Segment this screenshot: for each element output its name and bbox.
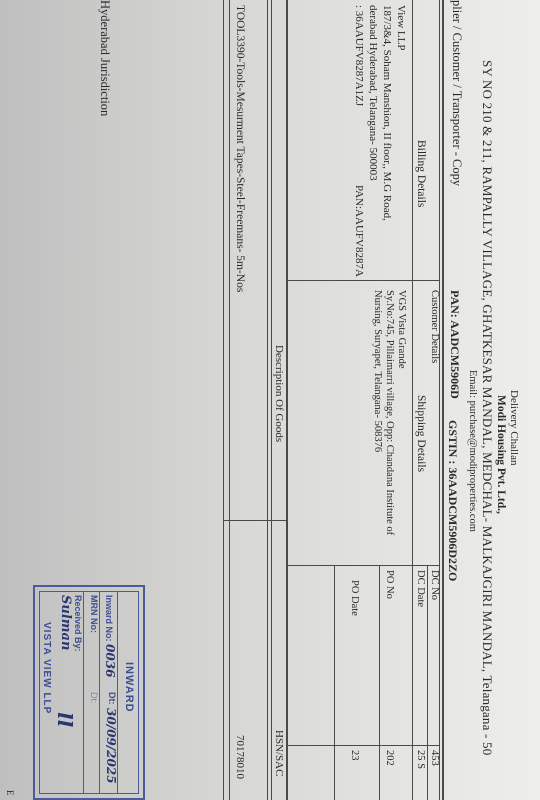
dc-no-label: DC No — [429, 570, 440, 600]
po-date-label: PO Date — [349, 580, 360, 616]
delivery-challan-page: Delivery Challan Modi Housing Pvt. Ltd.,… — [0, 0, 540, 800]
inward-no-label: Inward No: — [104, 595, 114, 642]
jurisdiction-note: Hyderabad Jurisdiction — [97, 0, 112, 116]
shipping-line: Nursing, Suryapet, Telangana- 508376 — [372, 290, 383, 452]
inward-date-value: 30/09/2025 — [104, 708, 118, 784]
dc-date-label: DC Date — [415, 570, 426, 607]
inward-no-value: 0036 — [103, 644, 117, 677]
edge-text: E — [5, 790, 15, 796]
stamp-title: INWARD — [123, 662, 135, 713]
inward-stamp: INWARD Inward No: 0036 Dt: 30/09/2025 MR… — [33, 585, 145, 800]
shipping-line: Sy.No:745, Pillaimarri village, Opp: Cha… — [384, 290, 395, 535]
copy-label: plier / Customer / Transporter - Copy — [449, 0, 464, 186]
customer-details-label: Customer Details — [429, 290, 440, 363]
company-email: Email: purchase@modiproperties.com — [467, 370, 478, 532]
received-by-value: Sulman — [58, 595, 73, 650]
shipping-details-label: Shipping Details — [415, 395, 427, 472]
stamp-footer: VISTA VIEW LLP — [41, 622, 52, 714]
company-name: Modi Housing Pvt. Ltd., — [495, 395, 507, 514]
billing-details-label: Billing Details — [415, 140, 427, 207]
item-description: TOOL3390-Tools-Mesurment Tapes-Steel-Fre… — [234, 5, 246, 292]
billing-gstin: : 36AAUFV8287A1ZJ — [353, 5, 365, 106]
inward-date-label: Dt: — [107, 692, 117, 705]
billing-line: View LLP — [395, 5, 407, 50]
po-no-value: 202 — [384, 750, 395, 766]
description-header: Description Of Goods — [273, 345, 285, 442]
signature: ll — [53, 712, 77, 727]
billing-pan: PAN:AAUFV8287A — [353, 185, 365, 277]
mrn-no-label: MRN No: — [89, 595, 99, 633]
item-hsn: 70178010 — [234, 735, 246, 779]
gstin-number: GSTIN : 36AADCM5906D2ZO — [445, 420, 460, 581]
billing-line: 187/3&4, Soham Manshion, II floor,, M.G … — [381, 5, 393, 221]
hsn-header: HSN/SAC — [273, 730, 285, 776]
received-by-label: Received By: — [73, 595, 83, 652]
company-address: SY NO 210 & 211, RAMPALLY VILLAGE, GHATK… — [479, 60, 495, 755]
shipping-line: VGS Vista Grande — [396, 290, 407, 369]
document-title: Delivery Challan — [508, 390, 520, 465]
po-date-value: 23 — [349, 750, 360, 761]
billing-line: derabad Hyderabad, Telangana- 500003 — [367, 5, 379, 181]
dc-no-value: 453 — [429, 750, 440, 766]
pan-number: PAN: AADCM5906D — [447, 290, 462, 399]
po-no-label: PO No — [384, 570, 395, 599]
mrn-date-label: Dt: — [89, 692, 99, 704]
dc-date-value: 25 S — [415, 750, 426, 769]
